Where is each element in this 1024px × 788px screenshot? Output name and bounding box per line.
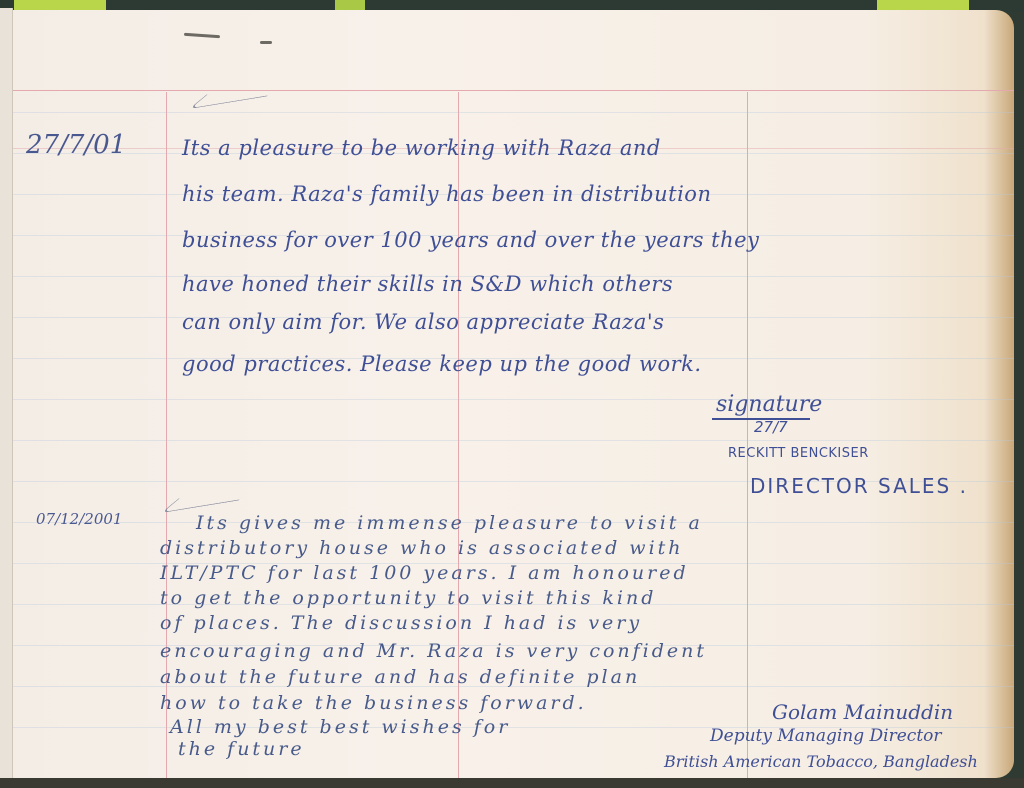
- entry-text-line: of places. The discussion I had is very: [160, 612, 642, 634]
- book-cover-bottom-edge: [0, 778, 1024, 788]
- signer-company: RECKITT BENCKISER: [728, 446, 869, 461]
- entry-text-line: to get the opportunity to visit this kin…: [160, 587, 656, 609]
- entry-text-line: ILT/PTC for last 100 years. I am honoure…: [160, 562, 689, 584]
- right-column-rule: [747, 92, 748, 778]
- ruled-line: [10, 399, 1014, 400]
- book-spine-edge: [0, 8, 13, 780]
- entry-text-line: can only aim for. We also appreciate Raz…: [182, 310, 664, 334]
- signer-company: British American Tobacco, Bangladesh: [664, 752, 978, 771]
- pencil-mark: [260, 41, 272, 44]
- entry-text-line: good practices. Please keep up the good …: [182, 352, 702, 376]
- ruled-line: [10, 112, 1014, 113]
- signer-title: Deputy Managing Director: [710, 726, 942, 746]
- signer-name: Golam Mainuddin: [772, 700, 953, 724]
- signature-date: 27/7: [754, 418, 788, 436]
- entry-text-line: business for over 100 years and over the…: [182, 228, 759, 252]
- entry-text-line: his team. Raza's family has been in dist…: [182, 182, 711, 206]
- checkmark-icon: [161, 486, 257, 513]
- header-margin-rule: [10, 90, 1014, 91]
- signer-title: DIRECTOR SALES .: [750, 474, 968, 498]
- entry-text-line: Its a pleasure to be working with Raza a…: [182, 136, 661, 160]
- entry-text-line: how to take the business forward.: [160, 692, 587, 714]
- entry-text-line: distributory house who is associated wit…: [160, 537, 684, 559]
- entry-date: 07/12/2001: [36, 510, 122, 528]
- signature-mark: signature: [716, 392, 822, 417]
- entry-text-line: Its gives me immense pleasure to visit a: [196, 512, 703, 534]
- pencil-mark: [184, 33, 220, 39]
- ruled-line: [10, 440, 1014, 441]
- entry-text-line: the future: [178, 738, 305, 760]
- entry-date: 27/7/01: [26, 130, 126, 160]
- guest-book-page: 27/7/01 Its a pleasure to be working wit…: [10, 10, 1014, 778]
- checkmark-icon: [189, 82, 285, 109]
- entry-text-line: about the future and has definite plan: [160, 666, 640, 688]
- entry-text-line: All my best best wishes for: [170, 716, 510, 738]
- entry-text-line: have honed their skills in S&D which oth…: [182, 272, 673, 296]
- entry-text-line: encouraging and Mr. Raza is very confide…: [160, 640, 707, 662]
